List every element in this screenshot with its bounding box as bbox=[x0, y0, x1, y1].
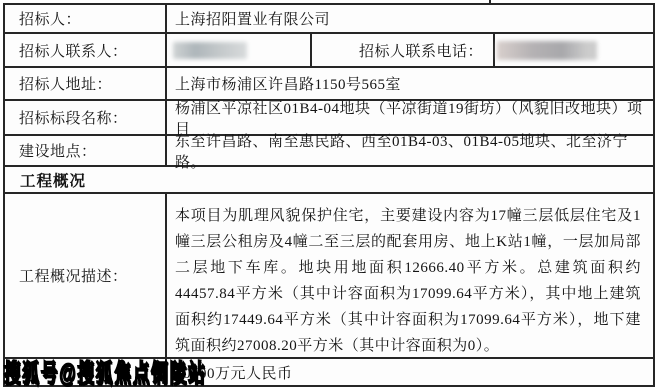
table-row-bidder: 招标人： 上海招阳置业有限公司 bbox=[5, 5, 653, 34]
overview-desc-value: 本项目为肌理风貌保护住宅，主要建设内容为17幢三层低层住宅及1幢三层公租房及4幢… bbox=[167, 194, 653, 357]
table-artifact-line bbox=[489, 0, 491, 4]
redacted-phone-number bbox=[497, 41, 597, 60]
phone-label: 招标人联系电话： bbox=[312, 34, 495, 66]
table-row-overview-desc: 工程概况描述： 本项目为肌理风貌保护住宅，主要建设内容为17幢三层低层住宅及1幢… bbox=[5, 194, 653, 359]
table-row-contact: 招标人联系人： 招标人联系电话： bbox=[5, 34, 653, 68]
phone-value-cell bbox=[495, 34, 653, 66]
table-row-location: 建设地点： 东至许昌路、南至惠民路、西至01B4-03、01B4-05地块、北至… bbox=[5, 136, 653, 167]
investment-value: 0300万元人民币 bbox=[167, 359, 653, 385]
sohu-watermark: 搜狐号@搜狐焦点铜陵站 bbox=[4, 354, 207, 389]
overview-desc-label: 工程概况描述： bbox=[5, 194, 167, 357]
section-name-label: 招标标段名称： bbox=[5, 101, 167, 134]
bidder-value: 上海招阳置业有限公司 bbox=[167, 5, 653, 32]
bid-info-table: 招标人： 上海招阳置业有限公司 招标人联系人： 招标人联系电话： 招标人地址： … bbox=[3, 3, 655, 387]
redacted-contact-person bbox=[173, 42, 247, 59]
document-screenshot: 招标人： 上海招阳置业有限公司 招标人联系人： 招标人联系电话： 招标人地址： … bbox=[0, 0, 660, 389]
bidder-label: 招标人： bbox=[5, 5, 167, 32]
overview-section-header: 工程概况 bbox=[5, 167, 653, 192]
location-value: 东至许昌路、南至惠民路、西至01B4-03、01B4-05地块、北至济宁路。 bbox=[167, 136, 653, 165]
location-label: 建设地点： bbox=[5, 136, 167, 165]
address-value: 上海市杨浦区许昌路1150号565室 bbox=[167, 68, 653, 99]
contact-value-cell bbox=[167, 34, 312, 66]
address-label: 招标人地址： bbox=[5, 68, 167, 99]
contact-label: 招标人联系人： bbox=[5, 34, 167, 66]
table-row-overview-header: 工程概况 bbox=[5, 167, 653, 194]
